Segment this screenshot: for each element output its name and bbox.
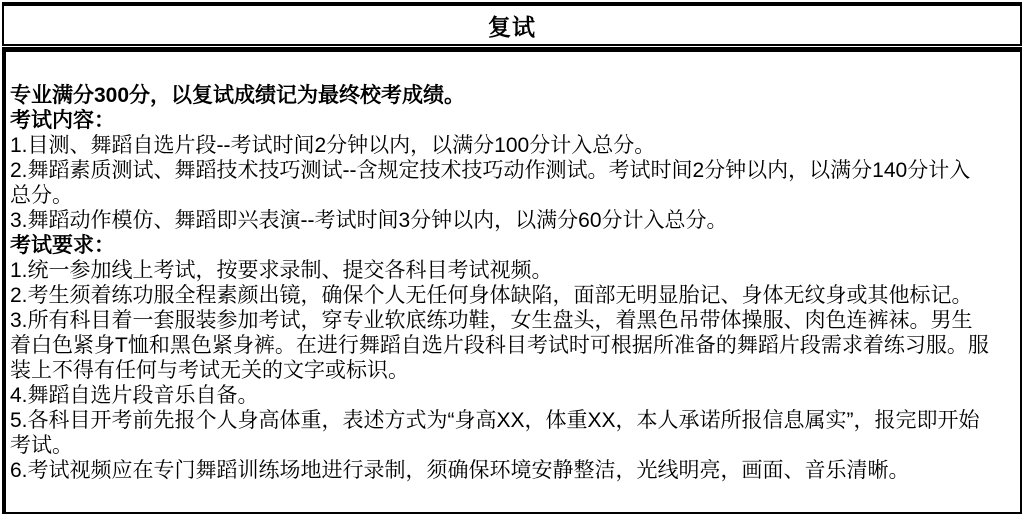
page-title: 复试 xyxy=(488,9,536,42)
text-line: 3.舞蹈动作模仿、舞蹈即兴表演--考试时间3分钟以内，以满分60分计入总分。 xyxy=(10,208,1016,233)
text-line: 着白色紧身T恤和黑色紧身裤。在进行舞蹈自选片段科目考试时可根据所准备的舞蹈片段需… xyxy=(10,333,1016,358)
text-line: 考试内容： xyxy=(10,108,1016,133)
text-line: 装上不得有任何与考试无关的文字或标识。 xyxy=(10,358,1016,383)
text-line: 6.考试视频应在专门舞蹈训练场地进行录制，须确保环境安静整洁，光线明亮，画面、音… xyxy=(10,458,1016,483)
exam-requirements-cell: 专业满分300分，以复试成绩记为最终校考成绩。考试内容：1.目测、舞蹈自选片段-… xyxy=(2,47,1022,514)
table-header-row: 复试 xyxy=(2,2,1022,46)
text-line: 总分。 xyxy=(10,183,1016,208)
text-line: 考试要求： xyxy=(10,233,1016,258)
text-line: 考试。 xyxy=(10,433,1016,458)
text-line: 2.舞蹈素质测试、舞蹈技术技巧测试--含规定技术技巧动作测试。考试时间2分钟以内… xyxy=(10,158,1016,183)
text-line: 1.统一参加线上考试，按要求录制、提交各科目考试视频。 xyxy=(10,258,1016,283)
text-line: 1.目测、舞蹈自选片段--考试时间2分钟以内，以满分100分计入总分。 xyxy=(10,133,1016,158)
text-line: 3.所有科目着一套服装参加考试，穿专业软底练功鞋，女生盘头，着黑色吊带体操服、肉… xyxy=(10,308,1016,333)
text-line: 4.舞蹈自选片段音乐自备。 xyxy=(10,383,1016,408)
retest-notice-table: 复试 专业满分300分，以复试成绩记为最终校考成绩。考试内容：1.目测、舞蹈自选… xyxy=(0,0,1024,514)
text-line: 专业满分300分，以复试成绩记为最终校考成绩。 xyxy=(10,83,1016,108)
text-line: 2.考生须着练功服全程素颜出镜，确保个人无任何身体缺陷，面部无明显胎记、身体无纹… xyxy=(10,283,1016,308)
text-line: 5.各科目开考前先报个人身高体重，表述方式为“身高XX，体重XX，本人承诺所报信… xyxy=(10,408,1016,433)
